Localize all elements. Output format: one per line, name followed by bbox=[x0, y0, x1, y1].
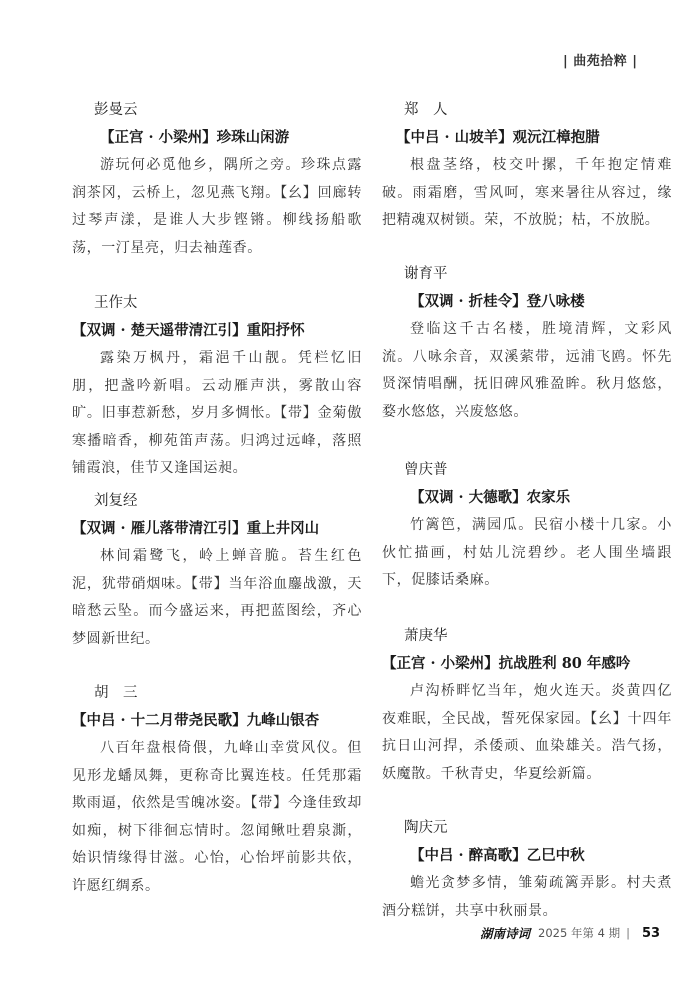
poem-author: 谢育平 bbox=[382, 260, 672, 288]
poem: 陶庆元 【中吕 · 醉高歌】乙巳中秋 蟾光贪梦多情，雏菊疏篱弄影。村夫煮酒分糕饼… bbox=[382, 814, 672, 925]
poem-title: 【正宫 · 小梁州】抗战胜利 80 年感吟 bbox=[382, 650, 672, 678]
poem-author: 刘复经 bbox=[72, 487, 362, 515]
poem: 萧庚华 【正宫 · 小梁州】抗战胜利 80 年感吟 卢沟桥畔忆当年，炮火连天。炎… bbox=[382, 622, 672, 810]
poem-body: 八百年盘根倚偎，九峰山幸赏风仪。但见形龙蟠凤舞，更称奇比翼连枝。任凭那霜欺雨逼，… bbox=[72, 735, 362, 900]
poem-body: 露染万枫丹，霜浥千山靓。凭栏忆旧朋，把盏吟新唱。云动雁声洪，雾散山容旷。旧事惹新… bbox=[72, 345, 362, 483]
poem-body: 游玩何必觅他乡，隅所之旁。珍珠点露润茶冈，云桥上，忽见燕飞翔。【幺】回廊转过琴声… bbox=[72, 152, 362, 262]
poem-author: 郑 人 bbox=[382, 96, 672, 124]
left-column: 彭曼云 【正宫 · 小梁州】珍珠山闲游 游玩何必觅他乡，隅所之旁。珍珠点露润茶冈… bbox=[72, 92, 362, 900]
poem-title: 【中吕 · 醉高歌】乙巳中秋 bbox=[382, 842, 672, 870]
poem-author: 胡 三 bbox=[72, 679, 362, 707]
right-column: 郑 人 【中吕 · 山坡羊】观沅江樟抱腊 根盘茎络，枝交叶摞，千年抱定情难破。雨… bbox=[382, 92, 672, 925]
poem-author: 陶庆元 bbox=[382, 814, 672, 842]
section-tag: | 曲苑拾粹 | bbox=[563, 50, 638, 69]
poem: 胡 三 【中吕 · 十二月带尧民歌】九峰山银杏 八百年盘根倚偎，九峰山幸赏风仪。… bbox=[72, 679, 362, 900]
poem-title: 【双调 · 雁儿落带清江引】重上井冈山 bbox=[72, 515, 362, 543]
poem: 谢育平 【双调 · 折桂令】登八咏楼 登临这千古名楼，胜境清辉，文彩风流。八咏余… bbox=[382, 260, 672, 452]
poem-title: 【双调 · 折桂令】登八咏楼 bbox=[382, 288, 672, 316]
poem: 刘复经 【双调 · 雁儿落带清江引】重上井冈山 林间霜鹭飞，岭上蝉音脆。苔生红色… bbox=[72, 487, 362, 675]
poem-author: 王作太 bbox=[72, 289, 362, 317]
poem-body: 蟾光贪梦多情，雏菊疏篱弄影。村夫煮酒分糕饼，共享中秋丽景。 bbox=[382, 870, 672, 925]
magazine-logo: 湖南诗词 bbox=[480, 924, 530, 942]
poem-title: 【双调 · 楚天遥带清江引】重阳抒怀 bbox=[72, 317, 362, 345]
poem-title: 【中吕 · 十二月带尧民歌】九峰山银杏 bbox=[72, 707, 362, 735]
poem-body: 根盘茎络，枝交叶摞，千年抱定情难破。雨霜磨，雪风呵，寒来暑往从容过，缘把精魂双树… bbox=[382, 152, 672, 235]
poem-author: 彭曼云 bbox=[72, 96, 362, 124]
poem: 曾庆普 【双调 · 大德歌】农家乐 竹篱笆，满园瓜。民宿小楼十几家。小伙忙描画，… bbox=[382, 456, 672, 618]
poem-body: 竹篱笆，满园瓜。民宿小楼十几家。小伙忙描画，村姑儿浣碧纱。老人围坐墙跟下，促膝话… bbox=[382, 512, 672, 595]
issue-label: 2025 年第 4 期 bbox=[538, 925, 620, 941]
poem-body: 卢沟桥畔忆当年，炮火连天。炎黄四亿夜难眠，全民战，誓死保家园。【幺】十四年抗日山… bbox=[382, 678, 672, 788]
poem: 彭曼云 【正宫 · 小梁州】珍珠山闲游 游玩何必觅他乡，隅所之旁。珍珠点露润茶冈… bbox=[72, 96, 362, 285]
poem-body: 林间霜鹭飞，岭上蝉音脆。苔生红色泥，犹带硝烟味。【带】当年浴血鏖战激，天暗愁云坠… bbox=[72, 543, 362, 653]
poem-title: 【正宫 · 小梁州】珍珠山闲游 bbox=[72, 124, 362, 152]
poem: 王作太 【双调 · 楚天遥带清江引】重阳抒怀 露染万枫丹，霜浥千山靓。凭栏忆旧朋… bbox=[72, 289, 362, 483]
poem-title: 【双调 · 大德歌】农家乐 bbox=[382, 484, 672, 512]
page-footer: 湖南诗词 2025 年第 4 期 | 53 bbox=[480, 924, 660, 942]
poem-body: 登临这千古名楼，胜境清辉，文彩风流。八咏余音，双溪萦带，远浦飞鸥。怀先贤深情唱酬… bbox=[382, 316, 672, 426]
poem-author: 曾庆普 bbox=[382, 456, 672, 484]
poem-title: 【中吕 · 山坡羊】观沅江樟抱腊 bbox=[382, 124, 672, 152]
poem-author: 萧庚华 bbox=[382, 622, 672, 650]
page-number: 53 bbox=[642, 926, 660, 941]
footer-divider: | bbox=[626, 926, 630, 940]
poem: 郑 人 【中吕 · 山坡羊】观沅江樟抱腊 根盘茎络，枝交叶摞，千年抱定情难破。雨… bbox=[382, 96, 672, 256]
